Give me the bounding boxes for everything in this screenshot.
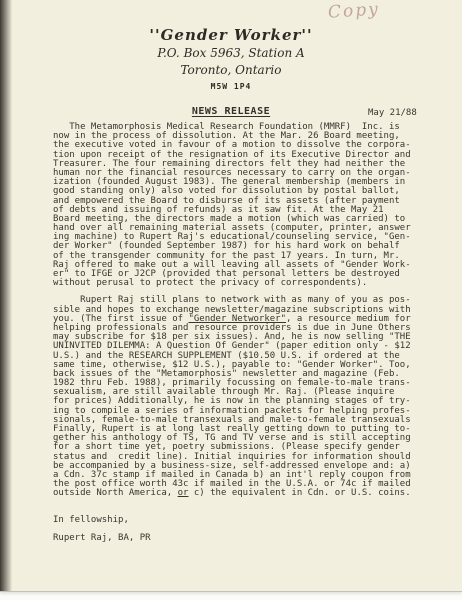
paragraph: Rupert Raj still plans to network with a…: [53, 296, 433, 498]
date: May 21/88: [368, 108, 417, 118]
address-line-2: Toronto, Ontario: [0, 63, 462, 78]
release-title: NEWS RELEASE: [192, 106, 270, 117]
postal-code: M5W 1P4: [0, 82, 462, 92]
signature: Rupert Raj, BA, PR: [53, 534, 433, 543]
paragraph: The Metamorphosis Medical Research Found…: [53, 123, 433, 288]
letter-body: The Metamorphosis Medical Research Found…: [53, 123, 433, 543]
letter-page: Copy ''Gender Worker'' P.O. Box 5963, St…: [0, 0, 462, 591]
body-line: without perusal to protect the privacy o…: [53, 279, 433, 288]
letterhead: ''Gender Worker'' P.O. Box 5963, Station…: [0, 26, 462, 118]
org-name: ''Gender Worker'': [0, 26, 462, 44]
copy-annotation: Copy: [327, 0, 380, 23]
salutation: In fellowship,: [53, 516, 433, 525]
body-line: outside North America, or c) the equival…: [53, 489, 433, 498]
closing-block: In fellowship, Rupert Raj, BA, PR: [53, 516, 433, 543]
address-line-1: P.O. Box 5963, Station A: [0, 46, 462, 61]
